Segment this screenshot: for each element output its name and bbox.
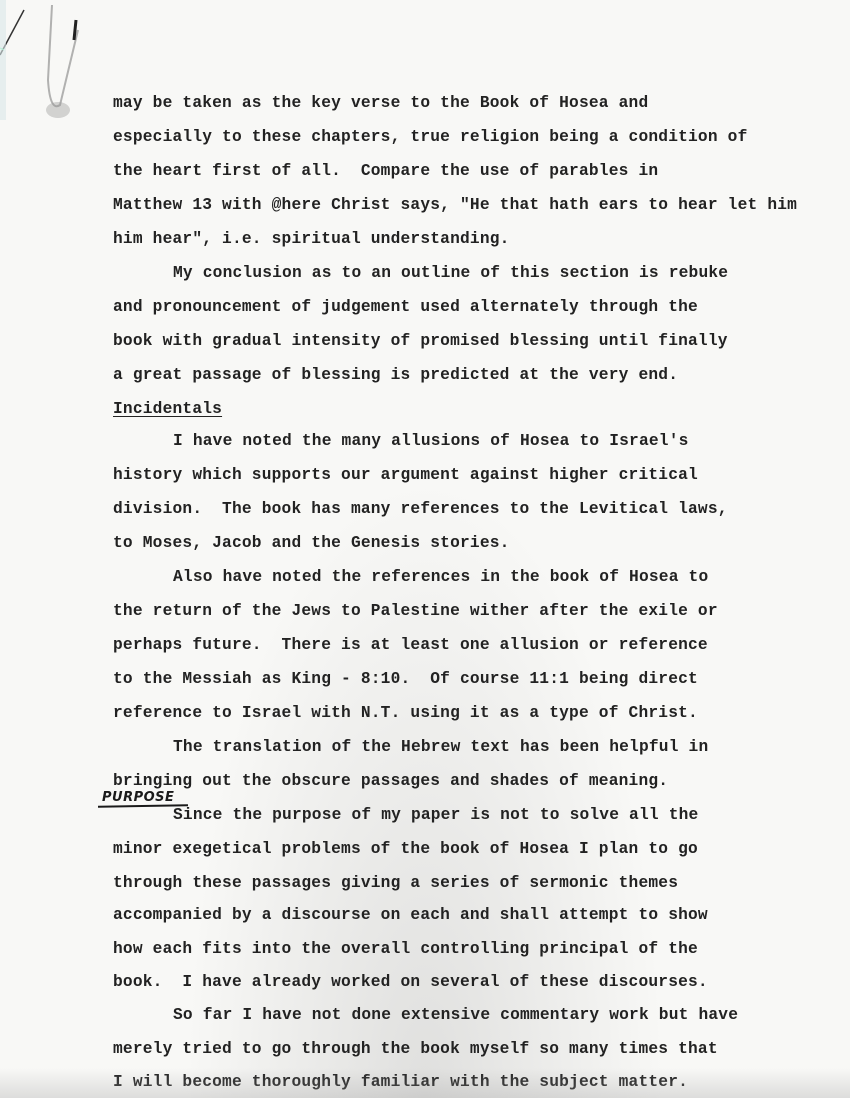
text-line: through these passages giving a series o… [113,873,678,893]
text-line: to the Messiah as King - 8:10. Of course… [113,669,698,689]
scan-edge-shadow [0,1068,850,1098]
text-line: My conclusion as to an outline of this s… [173,263,728,283]
text-line: bringing out the obscure passages and sh… [113,771,668,791]
handwritten-note-purpose: PURPOSE [102,790,174,805]
text-line: reference to Israel with N.T. using it a… [113,703,698,723]
text-line: how each fits into the overall controlli… [113,939,698,959]
text-line: especially to these chapters, true relig… [113,127,748,147]
text-line: may be taken as the key verse to the Boo… [113,93,648,113]
text-line: perhaps future. There is at least one al… [113,635,708,655]
text-line: history which supports our argument agai… [113,465,698,485]
text-line: him hear", i.e. spiritual understanding. [113,229,510,249]
section-heading-incidentals: Incidentals [113,399,222,419]
text-line: The translation of the Hebrew text has b… [173,737,708,757]
text-line: to Moses, Jacob and the Genesis stories. [113,533,510,553]
text-line: book. I have already worked on several o… [113,972,708,992]
text-line: division. The book has many references t… [113,499,728,519]
text-line: minor exegetical problems of the book of… [113,839,698,859]
text-line: accompanied by a discourse on each and s… [113,905,708,925]
text-line: Matthew 13 with @here Christ says, "He t… [113,195,797,215]
text-line: I have noted the many allusions of Hosea… [173,431,689,451]
text-line: merely tried to go through the book myse… [113,1039,718,1059]
text-line: book with gradual intensity of promised … [113,331,728,351]
text-line: a great passage of blessing is predicted… [113,365,678,385]
typed-document-page: may be taken as the key verse to the Boo… [0,0,850,1098]
text-line: the heart first of all. Compare the use … [113,161,658,181]
text-line: Also have noted the references in the bo… [173,567,708,587]
paperclip-mark-icon [0,0,90,130]
text-line: Since the purpose of my paper is not to … [173,805,698,825]
text-line: and pronouncement of judgement used alte… [113,297,698,317]
text-line: So far I have not done extensive comment… [173,1005,738,1025]
text-line: the return of the Jews to Palestine with… [113,601,718,621]
